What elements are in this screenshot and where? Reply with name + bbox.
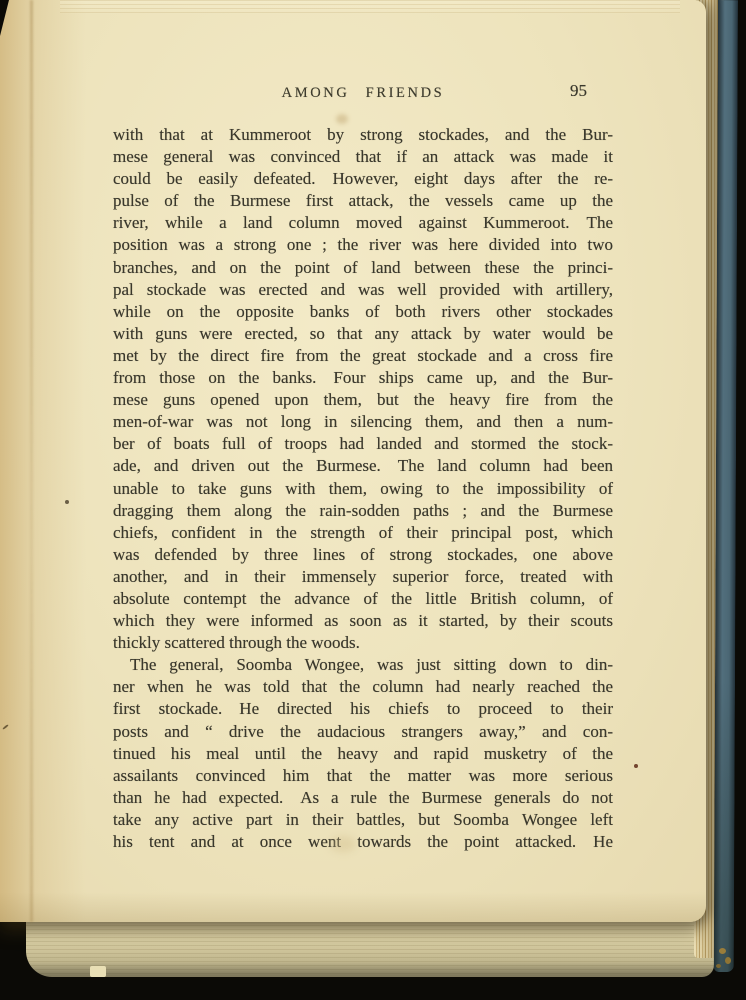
text-line: which they were informed as soon as it s…	[113, 610, 613, 632]
running-header-row: AMONG FRIENDS	[113, 84, 613, 102]
text-line: with that at Kummeroot by strong stockad…	[113, 124, 613, 146]
text-line: branches, and on the point of land betwe…	[113, 257, 613, 279]
text-line: men-of-war was not long in silencing the…	[113, 411, 613, 433]
text-line: chiefs, confident in the strength of the…	[113, 522, 613, 544]
page-top-edges	[60, 0, 680, 15]
text-line: river, while a land column moved against…	[113, 212, 613, 234]
page-text: with that at Kummeroot by strong stockad…	[113, 124, 613, 853]
text-line: The general, Soomba Wongee, was just sit…	[113, 654, 613, 676]
text-line: from those on the banks. Four ships came…	[113, 367, 613, 389]
text-line: could be easily defeated. However, eight…	[113, 168, 613, 190]
cover-wear-fleck	[725, 957, 731, 964]
cover-wear-fleck	[716, 964, 721, 968]
text-line: pal stockade was erected and was well pr…	[113, 279, 613, 301]
paper-smudge	[336, 114, 348, 124]
text-line: met by the direct fire from the great st…	[113, 345, 613, 367]
text-line: pulse of the Burmese first attack, the v…	[113, 190, 613, 212]
text-line: absolute contempt the advance of the lit…	[113, 588, 613, 610]
paper-speck	[65, 500, 69, 504]
cover-wear-fleck	[719, 948, 726, 954]
text-line: with guns were erected, so that any atta…	[113, 323, 613, 345]
text-line: take any active part in their battles, b…	[113, 809, 613, 831]
text-line: tinued his meal until the heavy and rapi…	[113, 743, 613, 765]
text-line: dragging them along the rain-sodden path…	[113, 500, 613, 522]
gutter-shadow	[0, 0, 86, 922]
text-line: thickly scattered through the woods.	[113, 632, 613, 654]
text-line: position was a strong one ; the river wa…	[113, 234, 613, 256]
text-line: mese guns opened upon them, but the heav…	[113, 389, 613, 411]
book-photograph: AMONG FRIENDS 95 with that at Kummeroot …	[0, 0, 746, 1000]
book-cover-edge	[714, 0, 738, 972]
text-line: unable to take guns with them, owing to …	[113, 478, 613, 500]
text-line: ber of boats full of troops had landed a…	[113, 433, 613, 455]
book-page: AMONG FRIENDS 95 with that at Kummeroot …	[0, 0, 706, 922]
page-number: 95	[570, 81, 587, 101]
running-header: AMONG FRIENDS	[282, 85, 445, 101]
text-line: while on the opposite banks of both rive…	[113, 301, 613, 323]
text-line: first stockade. He directed his chiefs t…	[113, 698, 613, 720]
gutter-crease	[30, 0, 33, 922]
text-line: posts and “ drive the audacious stranger…	[113, 721, 613, 743]
text-line: ner when he was told that the column had…	[113, 676, 613, 698]
text-line: than he had expected. As a rule the Burm…	[113, 787, 613, 809]
text-line: mese general was convinced that if an at…	[113, 146, 613, 168]
text-line: his tent and at once went towards the po…	[113, 831, 613, 853]
text-line: was defended by three lines of strong st…	[113, 544, 613, 566]
paper-speck	[2, 724, 9, 730]
page-corner-notch	[90, 966, 106, 977]
text-line: another, and in their immensely superior…	[113, 566, 613, 588]
text-line: ade, and driven out the Burmese. The lan…	[113, 455, 613, 477]
text-line: assailants convinced him that the matter…	[113, 765, 613, 787]
paper-speck	[634, 764, 638, 768]
